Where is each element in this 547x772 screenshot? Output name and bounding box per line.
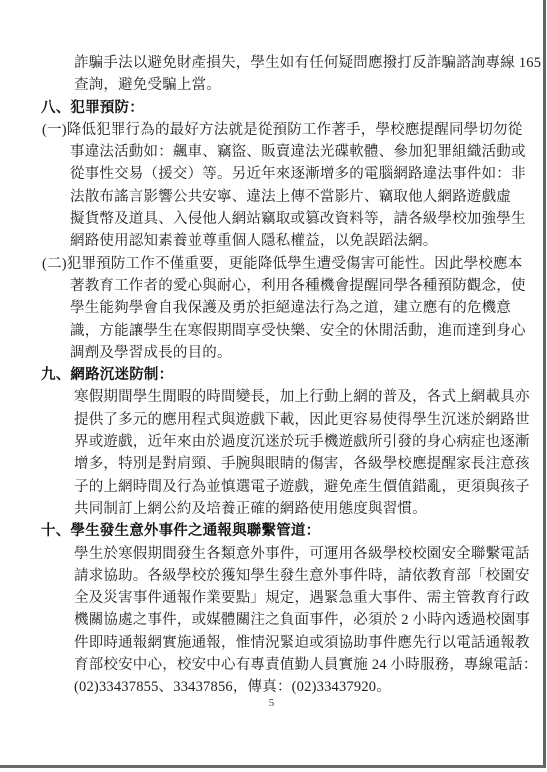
document-page: 詐騙手法以避免財產損失，學生如有任何疑問應撥打反詐騙諮詢專線 165查詢，避免受… (0, 0, 546, 768)
text-line: 事違法活動如：飆車、竊盜、販賣違法光碟軟體、參加犯罪組織活動或 (0, 141, 543, 163)
document-body: 詐騙手法以避免財產損失，學生如有任何疑問應撥打反詐騙諮詢專線 165查詢，避免受… (0, 52, 543, 699)
text-line: 九、網路沉迷防制： (0, 364, 543, 386)
text-line: 全及災害事件通報作業要點」規定，遇緊急重大事件、需主管教育行政 (0, 587, 543, 609)
text-line: 提供了多元的應用程式與遊戲下載，因此更容易使得學生沉迷於網路世 (0, 409, 543, 431)
document-viewport: 詐騙手法以避免財產損失，學生如有任何疑問應撥打反詐騙諮詢專線 165查詢，避免受… (0, 0, 547, 772)
text-line: (二)犯罪預防工作不僅重要，更能降低學生遭受傷害可能性。因此學校應本 (0, 253, 543, 275)
text-line: 查詢，避免受騙上當。 (0, 74, 543, 96)
text-line: 八、犯罪預防： (0, 97, 543, 119)
text-line: 著教育工作者的愛心與耐心，利用各種機會提醒同學各種預防觀念，使 (0, 275, 543, 297)
text-line: 子的上網時間及行為並慎選電子遊戲，避免產生價值錯亂，更須與孩子 (0, 476, 543, 498)
text-line: 界或遊戲，近年來由於過度沉迷於玩手機遊戲所引發的身心病症也逐漸 (0, 431, 543, 453)
page-number: 5 (0, 697, 543, 709)
text-line: 從事性交易（援交）等。另近年來逐漸增多的電腦網路違法事件如：非 (0, 163, 543, 185)
text-line: 詐騙手法以避免財產損失，學生如有任何疑問應撥打反詐騙諮詢專線 165 (0, 52, 543, 74)
text-line: 法散布謠言影響公共安寧、違法上傳不當影片、竊取他人網路遊戲虛 (0, 186, 543, 208)
text-line: (02)33437855、33437856，傳真：(02)33437920。 (0, 676, 543, 698)
text-line: 請求協助。各級學校於獲知學生發生意外事件時，請依教育部「校園安 (0, 565, 543, 587)
text-line: 調劑及學習成長的目的。 (0, 342, 543, 364)
text-line: 增多，特別是對肩頸、手腕與眼睛的傷害，各級學校應提醒家長注意孩 (0, 453, 543, 475)
text-line: (一)降低犯罪行為的最好方法就是從預防工作著手，學校應提醒同學切勿從 (0, 119, 543, 141)
text-line: 十、學生發生意外事件之通報與聯繫管道： (0, 520, 543, 542)
text-line: 學生能夠學會自我保護及勇於拒絕違法行為之道，建立應有的危機意 (0, 297, 543, 319)
text-line: 擬貨幣及道具、入侵他人網站竊取或篡改資料等，請各級學校加強學生 (0, 208, 543, 230)
text-line: 共同制訂上網公約及培養正確的網路使用態度與習慣。 (0, 498, 543, 520)
text-line: 機關協處之事件，或媒體關注之負面事件，必須於 2 小時內透過校園事 (0, 609, 543, 631)
text-line: 育部校安中心，校安中心有專責值勤人員實施 24 小時服務，專線電話： (0, 654, 543, 676)
text-line: 學生於寒假期間發生各類意外事件，可運用各級學校校園安全聯繫電話 (0, 543, 543, 565)
text-line: 件即時通報網實施通報，惟情況緊迫或須協助事件應先行以電話通報教 (0, 632, 543, 654)
text-line: 寒假期間學生閒暇的時間變長，加上行動上網的普及，各式上網載具亦 (0, 386, 543, 408)
text-line: 網路使用認知素養並尊重個人隱私權益，以免誤蹈法網。 (0, 230, 543, 252)
text-line: 識，方能讓學生在寒假期間享受快樂、安全的休閒活動，進而達到身心 (0, 320, 543, 342)
